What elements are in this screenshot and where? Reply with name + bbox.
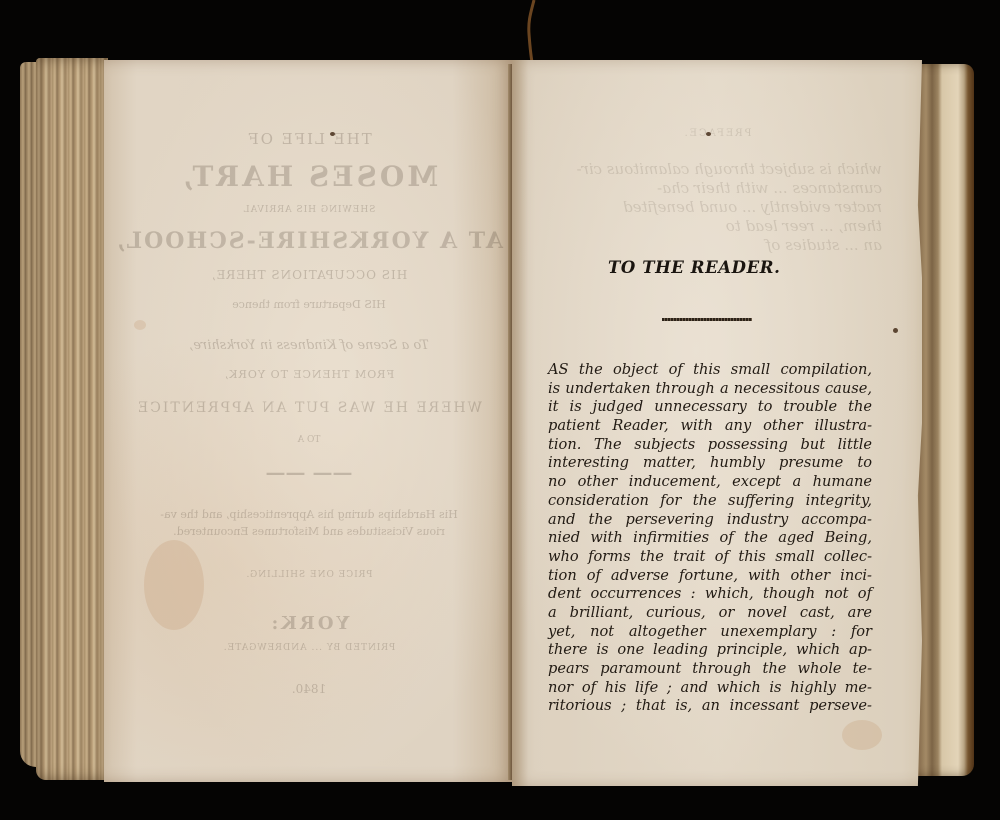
- ink-spot: [706, 132, 711, 136]
- text-line: tion of adverse fortune, with other inci…: [548, 567, 872, 586]
- bleed-line: THE LIFE OF: [104, 130, 514, 148]
- text-line: and the persevering industry accompa-: [548, 511, 872, 530]
- bleed-line: them, ... reer lead to: [552, 217, 882, 235]
- page-heading: TO THE READER.: [608, 258, 808, 277]
- bleed-line: FROM THENCE TO YORK,: [104, 368, 514, 381]
- bleed-line: HIS OCCUPATIONS THERE,: [104, 268, 514, 282]
- text-line: yet, not altogether unexemplary : for: [548, 623, 872, 642]
- text-line: patient Reader, with any other illustra-: [548, 417, 872, 436]
- foxing-stain: [144, 540, 204, 630]
- text-line: dent occurrences : which, though not of: [548, 585, 872, 604]
- bleed-line: 1840.: [104, 682, 514, 696]
- ink-spot: [893, 328, 898, 333]
- bleed-line: PRINTED BY ... ANDREWGATE.: [104, 643, 514, 653]
- right-page: PREFACE. which is subject through calami…: [512, 60, 922, 786]
- bleed-line: HIS Departure from thence: [104, 298, 514, 311]
- text-line: ritorious ; that is, an incessant persev…: [548, 697, 872, 716]
- text-line: no other inducement, except a humane: [548, 473, 872, 492]
- text-line: who forms the trait of this small collec…: [548, 548, 872, 567]
- bleed-line: rious Vicissitudes and Misfortunes Encou…: [104, 525, 514, 538]
- book-photograph: THE LIFE OF MOSES HART, SHEWING HIS ARRI…: [0, 0, 1000, 820]
- text-line: nor of his life ; and which is highly me…: [548, 679, 872, 698]
- text-line: interesting matter, humbly presume to: [548, 454, 872, 473]
- bleed-line: cumstances ... with their cha-: [552, 179, 882, 197]
- bleed-line: an ... studies of: [552, 236, 882, 254]
- body-text: AS the object of this small compilation,…: [548, 361, 872, 716]
- bookmark-ribbon: [525, 0, 539, 68]
- foxing-spot: [134, 320, 146, 330]
- bleed-line: His Hardships during his Apprenticeship,…: [104, 508, 514, 521]
- bleed-line: TO A: [104, 435, 514, 445]
- text-line: consideration for the suffering integrit…: [548, 492, 872, 511]
- bleed-line: PREFACE.: [552, 128, 882, 139]
- ornamental-rule: [662, 318, 752, 321]
- text-line: is undertaken through a necessitous caus…: [548, 380, 872, 399]
- text-line: there is one leading principle, which ap…: [548, 641, 872, 660]
- left-page: THE LIFE OF MOSES HART, SHEWING HIS ARRI…: [104, 60, 514, 782]
- text-line: AS the object of this small compilation,: [548, 361, 872, 380]
- left-page-fore-edge: [36, 58, 108, 780]
- text-line: tion. The subjects possessing but little: [548, 436, 872, 455]
- left-page-bleed-through: THE LIFE OF MOSES HART, SHEWING HIS ARRI…: [104, 60, 514, 782]
- bleed-line: MOSES HART,: [104, 160, 514, 193]
- text-line: a brilliant, curious, or novel cast, are: [548, 604, 872, 623]
- ink-spot: [330, 132, 335, 136]
- bleed-line: racter evidently ... ound benefited: [552, 198, 882, 216]
- text-line: it is judged unnecessary to trouble the: [548, 398, 872, 417]
- foxing-stain: [842, 720, 882, 750]
- bleed-line: SHEWING HIS ARRIVAL: [104, 205, 514, 215]
- bleed-line: WHERE HE WAS PUT AN APPRENTICE: [104, 400, 514, 416]
- text-line: nied with infirmities of the aged Being,: [548, 529, 872, 548]
- bleed-line: AT A YORKSHIRE-SCHOOL,: [104, 228, 514, 254]
- bleed-line: —— ——: [104, 460, 514, 484]
- text-line: pears paramount through the whole te-: [548, 660, 872, 679]
- bleed-line: which is subject through calamitous cir-: [552, 160, 882, 178]
- bleed-line: To a Scene of Kindness in Yorkshire,: [104, 338, 514, 353]
